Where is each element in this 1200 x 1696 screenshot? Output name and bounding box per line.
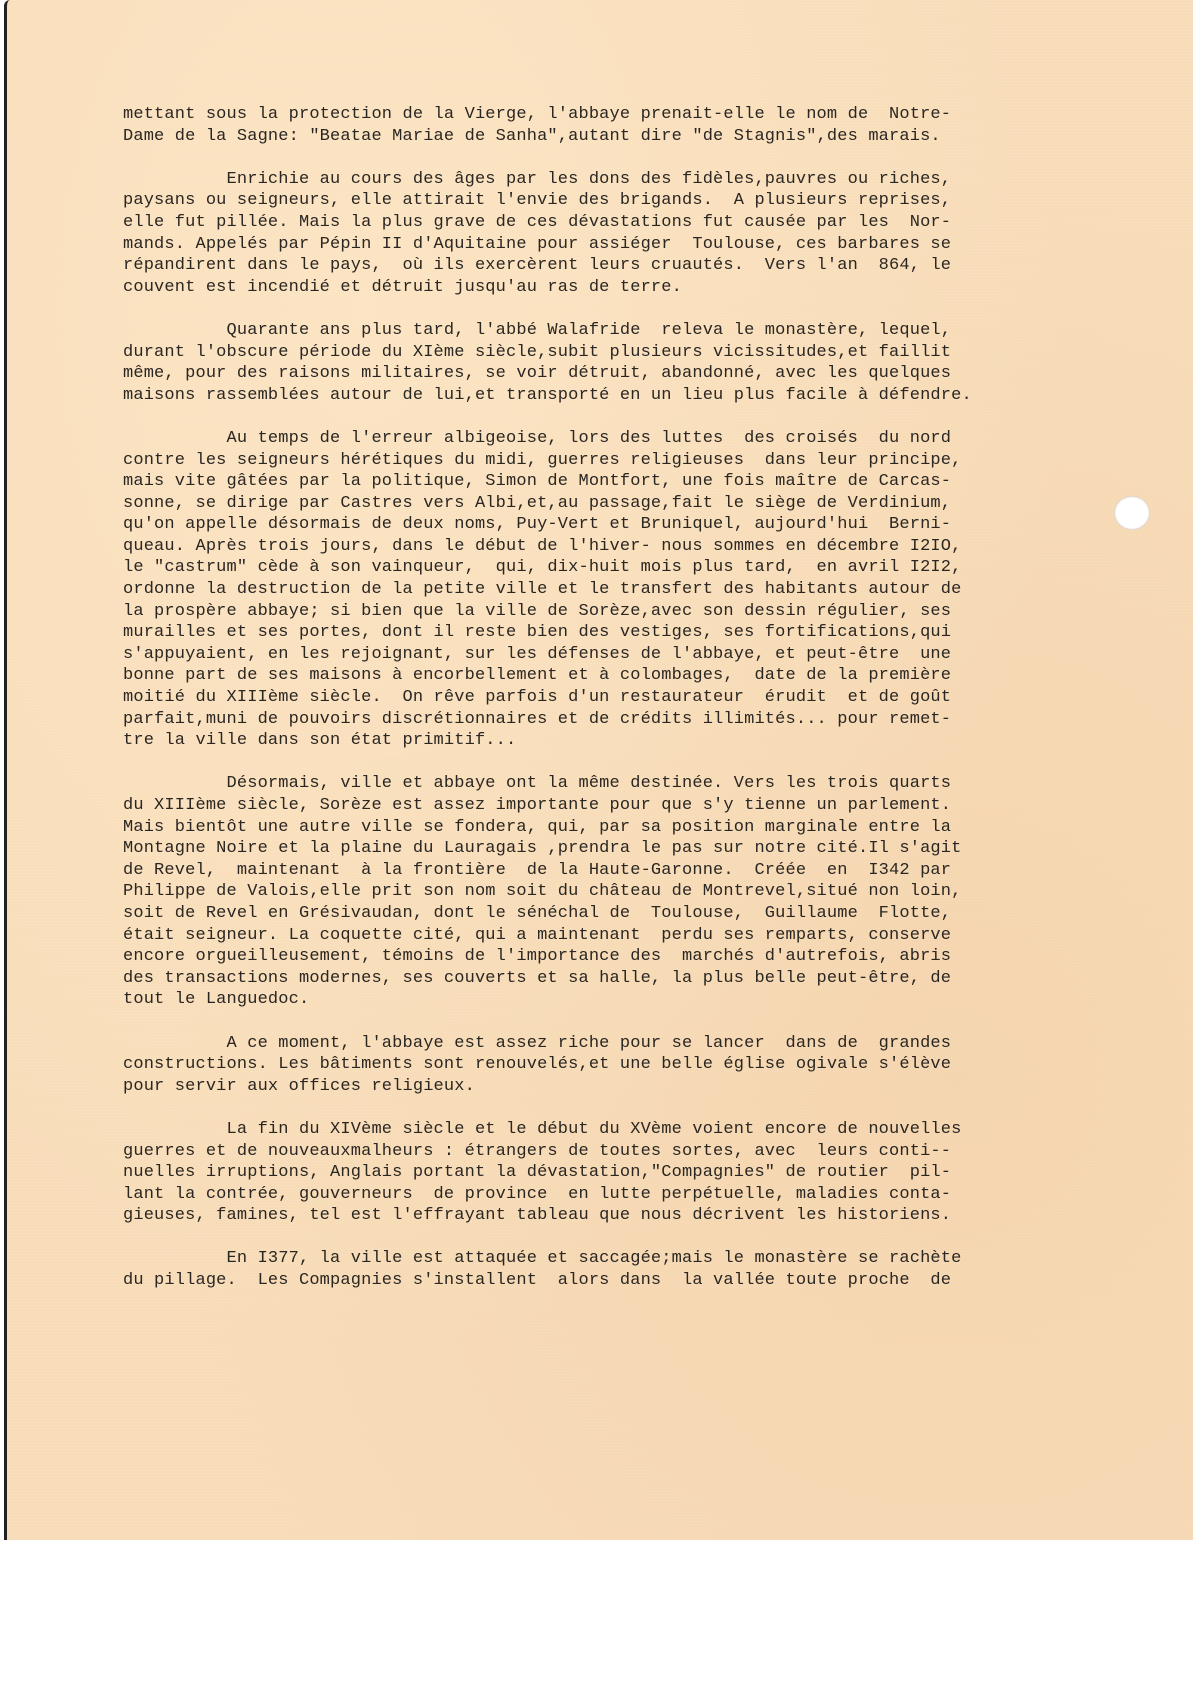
text-line: encore orgueilleusement, témoins de l'im…: [123, 946, 1053, 968]
text-line: de Revel, maintenant à la frontière de l…: [123, 860, 1053, 882]
text-line: En I377, la ville est attaquée et saccag…: [123, 1248, 1053, 1270]
text-line: queau. Après trois jours, dans le début …: [123, 536, 1053, 558]
text-line: nuelles irruptions, Anglais portant la d…: [123, 1162, 1053, 1184]
paragraph: La fin du XIVème siècle et le début du X…: [123, 1119, 1053, 1227]
text-line: répandirent dans le pays, où ils exercèr…: [123, 255, 1053, 277]
text-line: contre les seigneurs hérétiques du midi,…: [123, 450, 1053, 472]
text-line: tout le Languedoc.: [123, 989, 1053, 1011]
text-line: du pillage. Les Compagnies s'installent …: [123, 1270, 1053, 1292]
text-line: elle fut pillée. Mais la plus grave de c…: [123, 212, 1053, 234]
text-line: constructions. Les bâtiments sont renouv…: [123, 1054, 1053, 1076]
text-line: gieuses, famines, tel est l'effrayant ta…: [123, 1205, 1053, 1227]
text-line: lant la contrée, gouverneurs de province…: [123, 1184, 1053, 1206]
text-line: ordonne la destruction de la petite vill…: [123, 579, 1053, 601]
text-line: soit de Revel en Grésivaudan, dont le sé…: [123, 903, 1053, 925]
text-line: pour servir aux offices religieux.: [123, 1076, 1053, 1098]
text-line: Désormais, ville et abbaye ont la même d…: [123, 773, 1053, 795]
text-line: Montagne Noire et la plaine du Lauragais…: [123, 838, 1053, 860]
text-line: A ce moment, l'abbaye est assez riche po…: [123, 1033, 1053, 1055]
text-line: mands. Appelés par Pépin II d'Aquitaine …: [123, 234, 1053, 256]
text-line: bonne part de ses maisons à encorbelleme…: [123, 665, 1053, 687]
paragraph: En I377, la ville est attaquée et saccag…: [123, 1248, 1053, 1291]
text-line: sonne, se dirige par Castres vers Albi,e…: [123, 493, 1053, 515]
text-line: mettant sous la protection de la Vierge,…: [123, 104, 1053, 126]
text-line: même, pour des raisons militaires, se vo…: [123, 363, 1053, 385]
text-line: moitié du XIIIème siècle. On rêve parfoi…: [123, 687, 1053, 709]
paragraph: Quarante ans plus tard, l'abbé Walafride…: [123, 320, 1053, 406]
text-line: mais vite gâtées par la politique, Simon…: [123, 471, 1053, 493]
text-line: du XIIIème siècle, Sorèze est assez impo…: [123, 795, 1053, 817]
text-line: Enrichie au cours des âges par les dons …: [123, 169, 1053, 191]
text-line: Quarante ans plus tard, l'abbé Walafride…: [123, 320, 1053, 342]
text-line: paysans ou seigneurs, elle attirait l'en…: [123, 190, 1053, 212]
text-line: La fin du XIVème siècle et le début du X…: [123, 1119, 1053, 1141]
paragraph: A ce moment, l'abbaye est assez riche po…: [123, 1033, 1053, 1098]
paragraph: mettant sous la protection de la Vierge,…: [123, 104, 1053, 147]
paragraph: Désormais, ville et abbaye ont la même d…: [123, 773, 1053, 1011]
text-line: Au temps de l'erreur albigeoise, lors de…: [123, 428, 1053, 450]
text-line: couvent est incendié et détruit jusqu'au…: [123, 277, 1053, 299]
text-line: maisons rassemblées autour de lui,et tra…: [123, 385, 1053, 407]
text-line: des transactions modernes, ses couverts …: [123, 968, 1053, 990]
text-line: la prospère abbaye; si bien que la ville…: [123, 601, 1053, 623]
text-line: durant l'obscure période du XIème siècle…: [123, 342, 1053, 364]
text-line: Mais bientôt une autre ville se fondera,…: [123, 817, 1053, 839]
text-line: murailles et ses portes, dont il reste b…: [123, 622, 1053, 644]
paragraph: Au temps de l'erreur albigeoise, lors de…: [123, 428, 1053, 752]
text-line: Dame de la Sagne: "Beatae Mariae de Sanh…: [123, 126, 1053, 148]
text-line: le "castrum" cède à son vainqueur, qui, …: [123, 557, 1053, 579]
text-line: Philippe de Valois,elle prit son nom soi…: [123, 881, 1053, 903]
text-line: tre la ville dans son état primitif...: [123, 730, 1053, 752]
paragraph: Enrichie au cours des âges par les dons …: [123, 169, 1053, 299]
punch-hole: [1114, 496, 1150, 530]
page-body-text: mettant sous la protection de la Vierge,…: [123, 104, 1053, 1313]
text-line: guerres et de nouveauxmalheurs : étrange…: [123, 1141, 1053, 1163]
typewritten-page: mettant sous la protection de la Vierge,…: [4, 0, 1193, 1540]
text-line: qu'on appelle désormais de deux noms, Pu…: [123, 514, 1053, 536]
text-line: s'appuyaient, en les rejoignant, sur les…: [123, 644, 1053, 666]
text-line: était seigneur. La coquette cité, qui a …: [123, 925, 1053, 947]
text-line: parfait,muni de pouvoirs discrétionnaire…: [123, 709, 1053, 731]
